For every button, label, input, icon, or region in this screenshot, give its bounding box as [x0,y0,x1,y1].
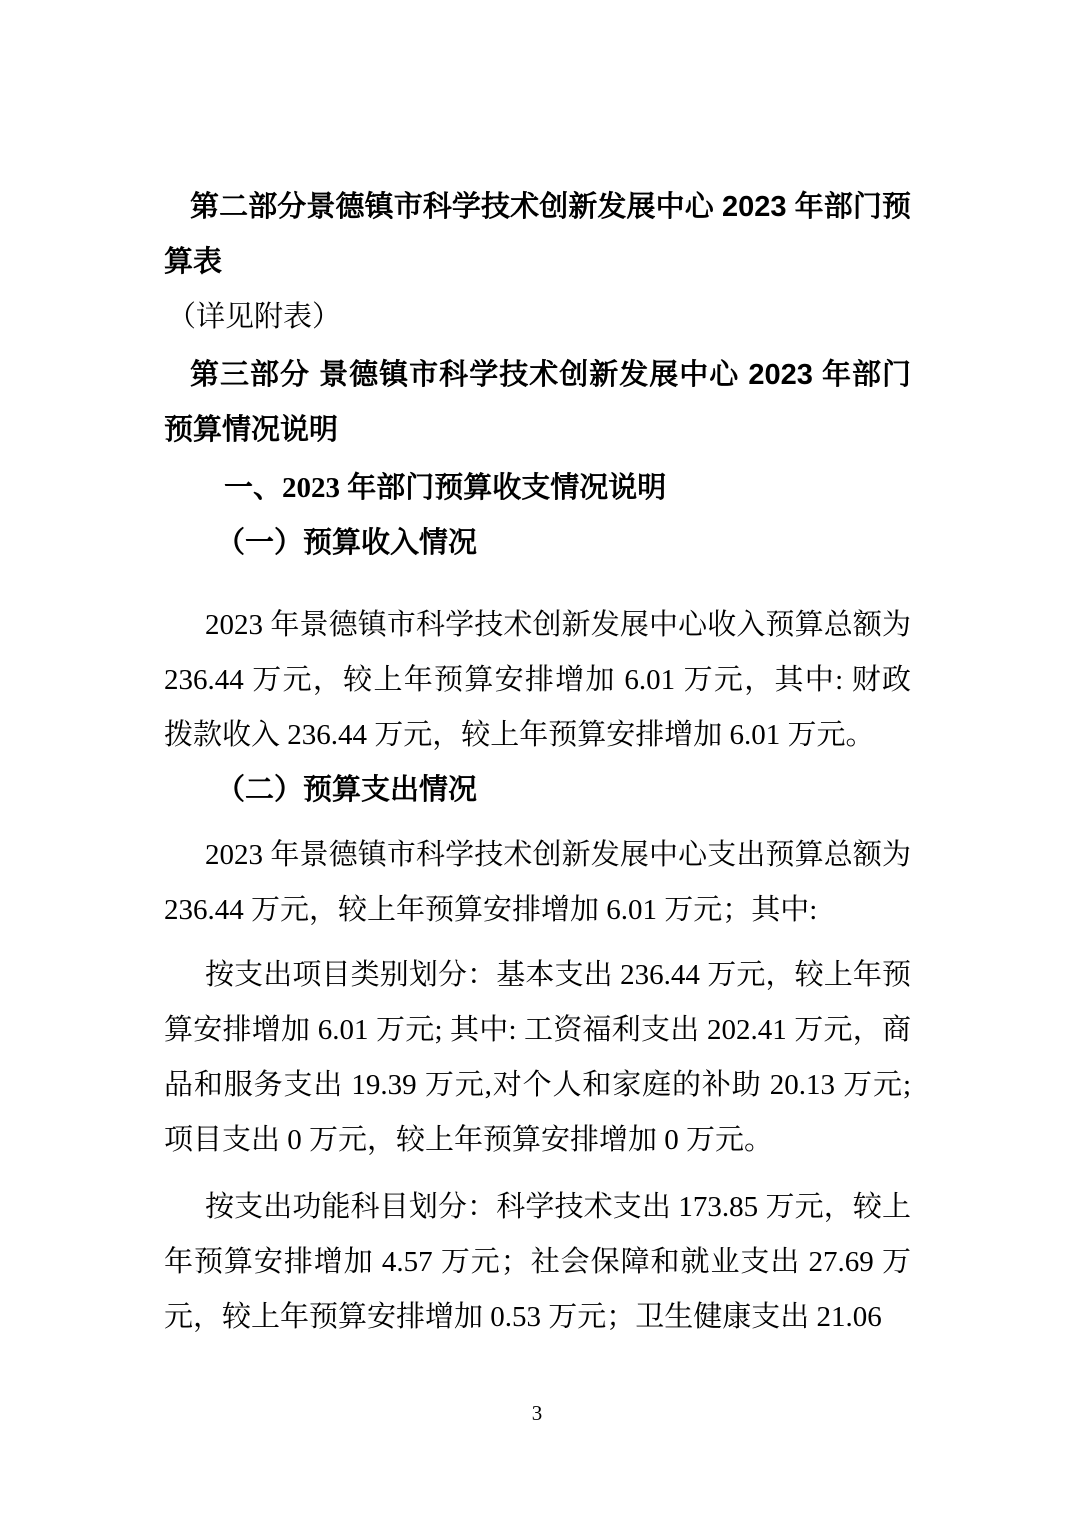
see-attached-table-note: （详见附表） [164,290,911,345]
document-page: 第二部分景德镇市科学技术创新发展中心 2023 年部门预算表 （详见附表） 第三… [0,0,1074,1520]
income-paragraph: 2023 年景德镇市科学技术创新发展中心收入预算总额为 236.44 万元，较上… [164,598,911,763]
part2-heading: 第二部分景德镇市科学技术创新发展中心 2023 年部门预算表 [164,180,911,290]
expense-by-type-paragraph: 按支出项目类别划分：基本支出 236.44 万元，较上年预算安排增加 6.01 … [164,948,911,1168]
part3-heading: 第三部分 景德镇市科学技术创新发展中心 2023 年部门预算情况说明 [164,348,911,458]
document-body: 第二部分景德镇市科学技术创新发展中心 2023 年部门预算表 （详见附表） 第三… [164,180,911,1345]
expense-by-function-paragraph: 按支出功能科目划分：科学技术支出 173.85 万元，较上年预算安排增加 4.5… [164,1180,911,1345]
section1-heading: 一、2023 年部门预算收支情况说明 [164,461,911,516]
subsection-expense-heading: （二）预算支出情况 [164,763,911,818]
page-number: 3 [0,1398,1074,1428]
subsection-income-heading: （一）预算收入情况 [164,516,911,571]
expense-total-paragraph: 2023 年景德镇市科学技术创新发展中心支出预算总额为 236.44 万元，较上… [164,828,911,938]
